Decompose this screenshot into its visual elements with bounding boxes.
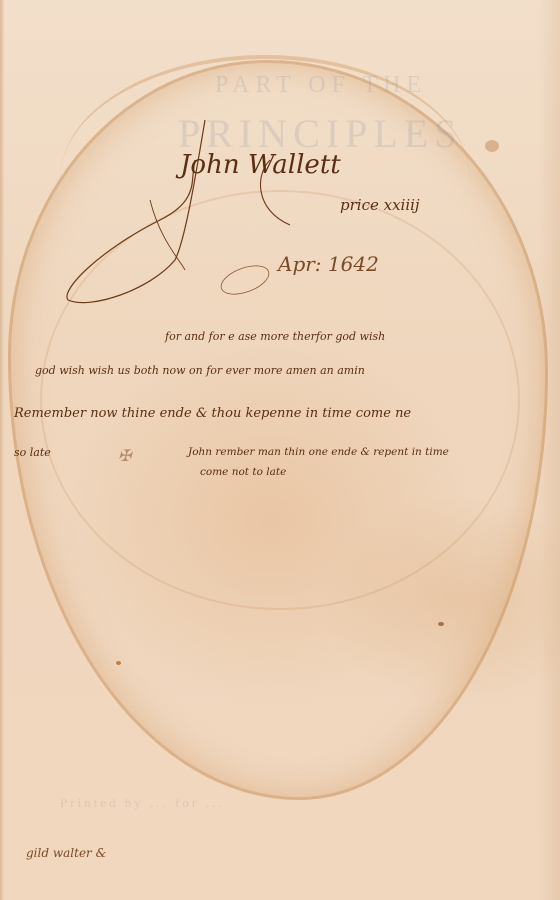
footer-signature: gild walter &	[26, 846, 106, 860]
ink-spot	[116, 661, 121, 665]
spine-edge	[0, 0, 4, 900]
ink-spot	[438, 622, 444, 626]
price-inscription: price xxiiij	[340, 196, 420, 214]
manuscript-page: PART OF THE PRINCIPLES Printed by ... fo…	[0, 0, 560, 900]
handwritten-line-5: come not to late	[200, 466, 286, 478]
page-edge-shadow	[538, 0, 560, 900]
handwritten-line-4-left: so late	[14, 446, 51, 459]
showthrough-imprint: Printed by ... for ...	[60, 795, 224, 811]
owner-signature: John Wallett	[180, 150, 341, 180]
showthrough-title-line-1: PART OF THE	[215, 72, 427, 99]
handwritten-line-2: god wish wish us both now on for ever mo…	[35, 364, 365, 377]
date-inscription: Apr: 1642	[278, 252, 379, 276]
handwritten-line-3: Remember now thine ende & thou kepenne i…	[14, 406, 411, 421]
stain-spot	[485, 140, 499, 152]
faded-mark-icon: ✠	[118, 446, 131, 465]
handwritten-line-1: for and for e ase more therfor god wish	[165, 330, 385, 343]
handwritten-line-4-right: John rember man thin one ende & repent i…	[188, 446, 449, 458]
